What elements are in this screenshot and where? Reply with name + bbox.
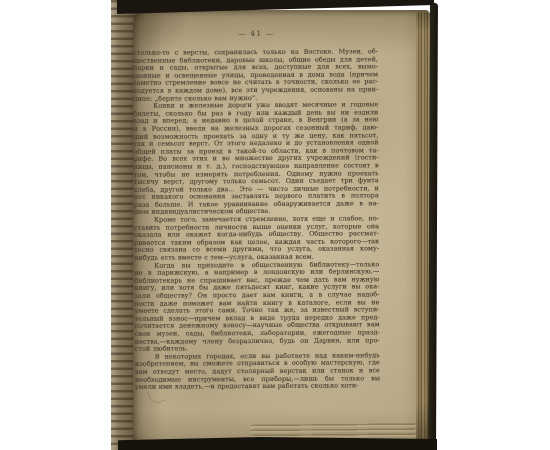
cover-edge	[428, 3, 438, 446]
page-number: — 41 —	[134, 30, 379, 38]
bottom-page-curl	[250, 421, 430, 440]
book-photo: — 41 — столько-то с версты, сохранилась …	[0, 0, 550, 450]
text-line: умели ими владеть,—и предоставят вам раб…	[135, 382, 380, 391]
page-text: столько-то с версты, сохранилась только …	[133, 48, 380, 391]
